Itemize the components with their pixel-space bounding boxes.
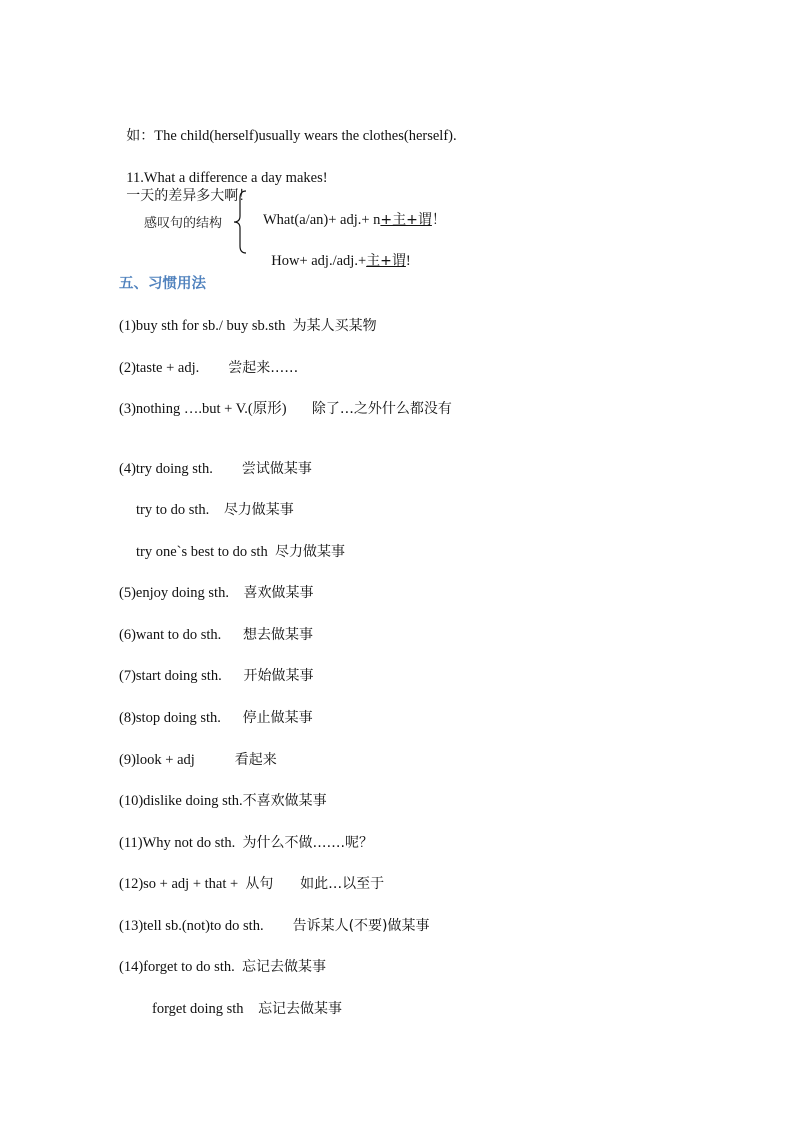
phrase-chinese: 尝起来…… [228, 360, 298, 376]
phrase-item: (2)taste + adj. 尝起来…… [119, 359, 298, 377]
phrase-chinese: 尽力做某事 [275, 544, 345, 560]
phrase-chinese: 尽力做某事 [224, 502, 294, 518]
how-structure-subject-verb: 主+谓 [366, 253, 406, 269]
phrase-chinese: 不喜欢做某事 [243, 793, 327, 809]
how-structure-prefix: How+ adj./adj.+ [271, 253, 366, 269]
exclamation-structure-label: 感叹句的结构 [144, 212, 222, 231]
phrase-english: (13)tell sb.(not)to do sth. [119, 918, 264, 934]
phrase-item: (5)enjoy doing sth. 喜欢做某事 [119, 584, 313, 602]
phrase-gap [287, 401, 312, 417]
phrase-chinese: 从句 如此…以至于 [245, 876, 384, 892]
phrase-gap [221, 710, 243, 726]
phrase-gap [285, 318, 292, 334]
phrase-english: (9)look + adj [119, 752, 195, 768]
phrase-english: try to do sth. [136, 502, 209, 518]
phrase-gap [235, 959, 242, 975]
phrase-english: (3)nothing ….but + V.(原形) [119, 401, 287, 417]
phrase-item: (3)nothing ….but + V.(原形) 除了…之外什么都没有 [119, 400, 452, 418]
example-sentence: 如：The child(herself)usually wears the cl… [119, 109, 457, 145]
phrase-item: (4)try doing sth. 尝试做某事 [119, 460, 312, 478]
phrase-gap [264, 918, 293, 934]
example-text: The child(herself)usually wears the clot… [154, 128, 456, 144]
phrase-english: (10)dislike doing sth. [119, 793, 243, 809]
phrase-gap [221, 627, 243, 643]
phrase-gap [209, 502, 224, 518]
phrase-gap [229, 585, 244, 601]
phrase-item: try one`s best to do sth 尽力做某事 [136, 543, 345, 561]
phrase-gap [222, 668, 244, 684]
phrase-english: (6)want to do sth. [119, 627, 221, 643]
phrase-chinese: 停止做某事 [243, 710, 313, 726]
what-structure-punct: ！ [432, 212, 446, 228]
phrase-item: (14)forget to do sth. 忘记去做某事 [119, 958, 326, 976]
phrase-english: (12)so + adj + that + [119, 876, 242, 892]
how-structure: How+ adj./adj.+主+谓! [264, 233, 411, 270]
item-11-english: 11.What a difference a day makes! [126, 170, 327, 186]
phrase-english: (8)stop doing sth. [119, 710, 221, 726]
phrase-chinese: 想去做某事 [243, 627, 313, 643]
phrase-item: forget doing sth 忘记去做某事 [152, 1000, 342, 1018]
phrase-gap [235, 835, 242, 851]
phrase-chinese: 为什么不做…….呢？ [243, 835, 373, 851]
phrase-item: (11)Why not do sth. 为什么不做…….呢？ [119, 834, 373, 852]
phrase-gap [199, 360, 228, 376]
phrase-english: (14)forget to do sth. [119, 959, 235, 975]
section-heading: 五、习惯用法 [119, 275, 206, 293]
phrase-gap [244, 1001, 259, 1017]
phrase-gap [268, 544, 275, 560]
phrase-item: (7)start doing sth. 开始做某事 [119, 667, 313, 685]
phrase-item: (12)so + adj + that + 从句 如此…以至于 [119, 875, 384, 893]
phrase-item: (10)dislike doing sth.不喜欢做某事 [119, 792, 327, 810]
phrase-chinese: 忘记去做某事 [258, 1001, 342, 1017]
what-structure-prefix: What(a/an)+ adj.+ n [263, 212, 380, 228]
phrase-item: (13)tell sb.(not)to do sth. 告诉某人(不要)做某事 [119, 917, 430, 935]
example-prefix: 如： [126, 128, 154, 144]
phrase-chinese: 开始做某事 [243, 668, 313, 684]
left-brace-icon [233, 190, 247, 254]
phrase-chinese: 为某人买某物 [293, 318, 377, 334]
phrase-item: (1)buy sth for sb./ buy sb.sth 为某人买某物 [119, 317, 377, 335]
phrase-item: (9)look + adj 看起来 [119, 751, 277, 769]
phrase-gap [195, 752, 235, 768]
phrase-item: (6)want to do sth. 想去做某事 [119, 626, 313, 644]
phrase-chinese: 尝试做某事 [242, 461, 312, 477]
phrase-english: (5)enjoy doing sth. [119, 585, 229, 601]
what-structure: What(a/an)+ adj.+ n+主+谓！ [256, 192, 446, 229]
phrase-gap [213, 461, 242, 477]
phrase-chinese: 喜欢做某事 [243, 585, 313, 601]
what-structure-subject-verb: +主+谓 [380, 212, 431, 228]
phrase-chinese: 看起来 [235, 752, 277, 768]
phrase-english: (11)Why not do sth. [119, 835, 235, 851]
phrase-english: (7)start doing sth. [119, 668, 222, 684]
phrase-english: (1)buy sth for sb./ buy sb.sth [119, 318, 285, 334]
phrase-chinese: 告诉某人(不要)做某事 [293, 918, 430, 934]
phrase-item: (8)stop doing sth. 停止做某事 [119, 709, 313, 727]
how-structure-punct: ! [406, 253, 411, 269]
phrase-english: (4)try doing sth. [119, 461, 213, 477]
phrase-chinese: 忘记去做某事 [242, 959, 326, 975]
phrase-item: try to do sth. 尽力做某事 [136, 501, 294, 519]
phrase-english: forget doing sth [152, 1001, 244, 1017]
phrase-chinese: 除了…之外什么都没有 [312, 401, 452, 417]
phrase-english: (2)taste + adj. [119, 360, 199, 376]
phrase-english: try one`s best to do sth [136, 544, 268, 560]
